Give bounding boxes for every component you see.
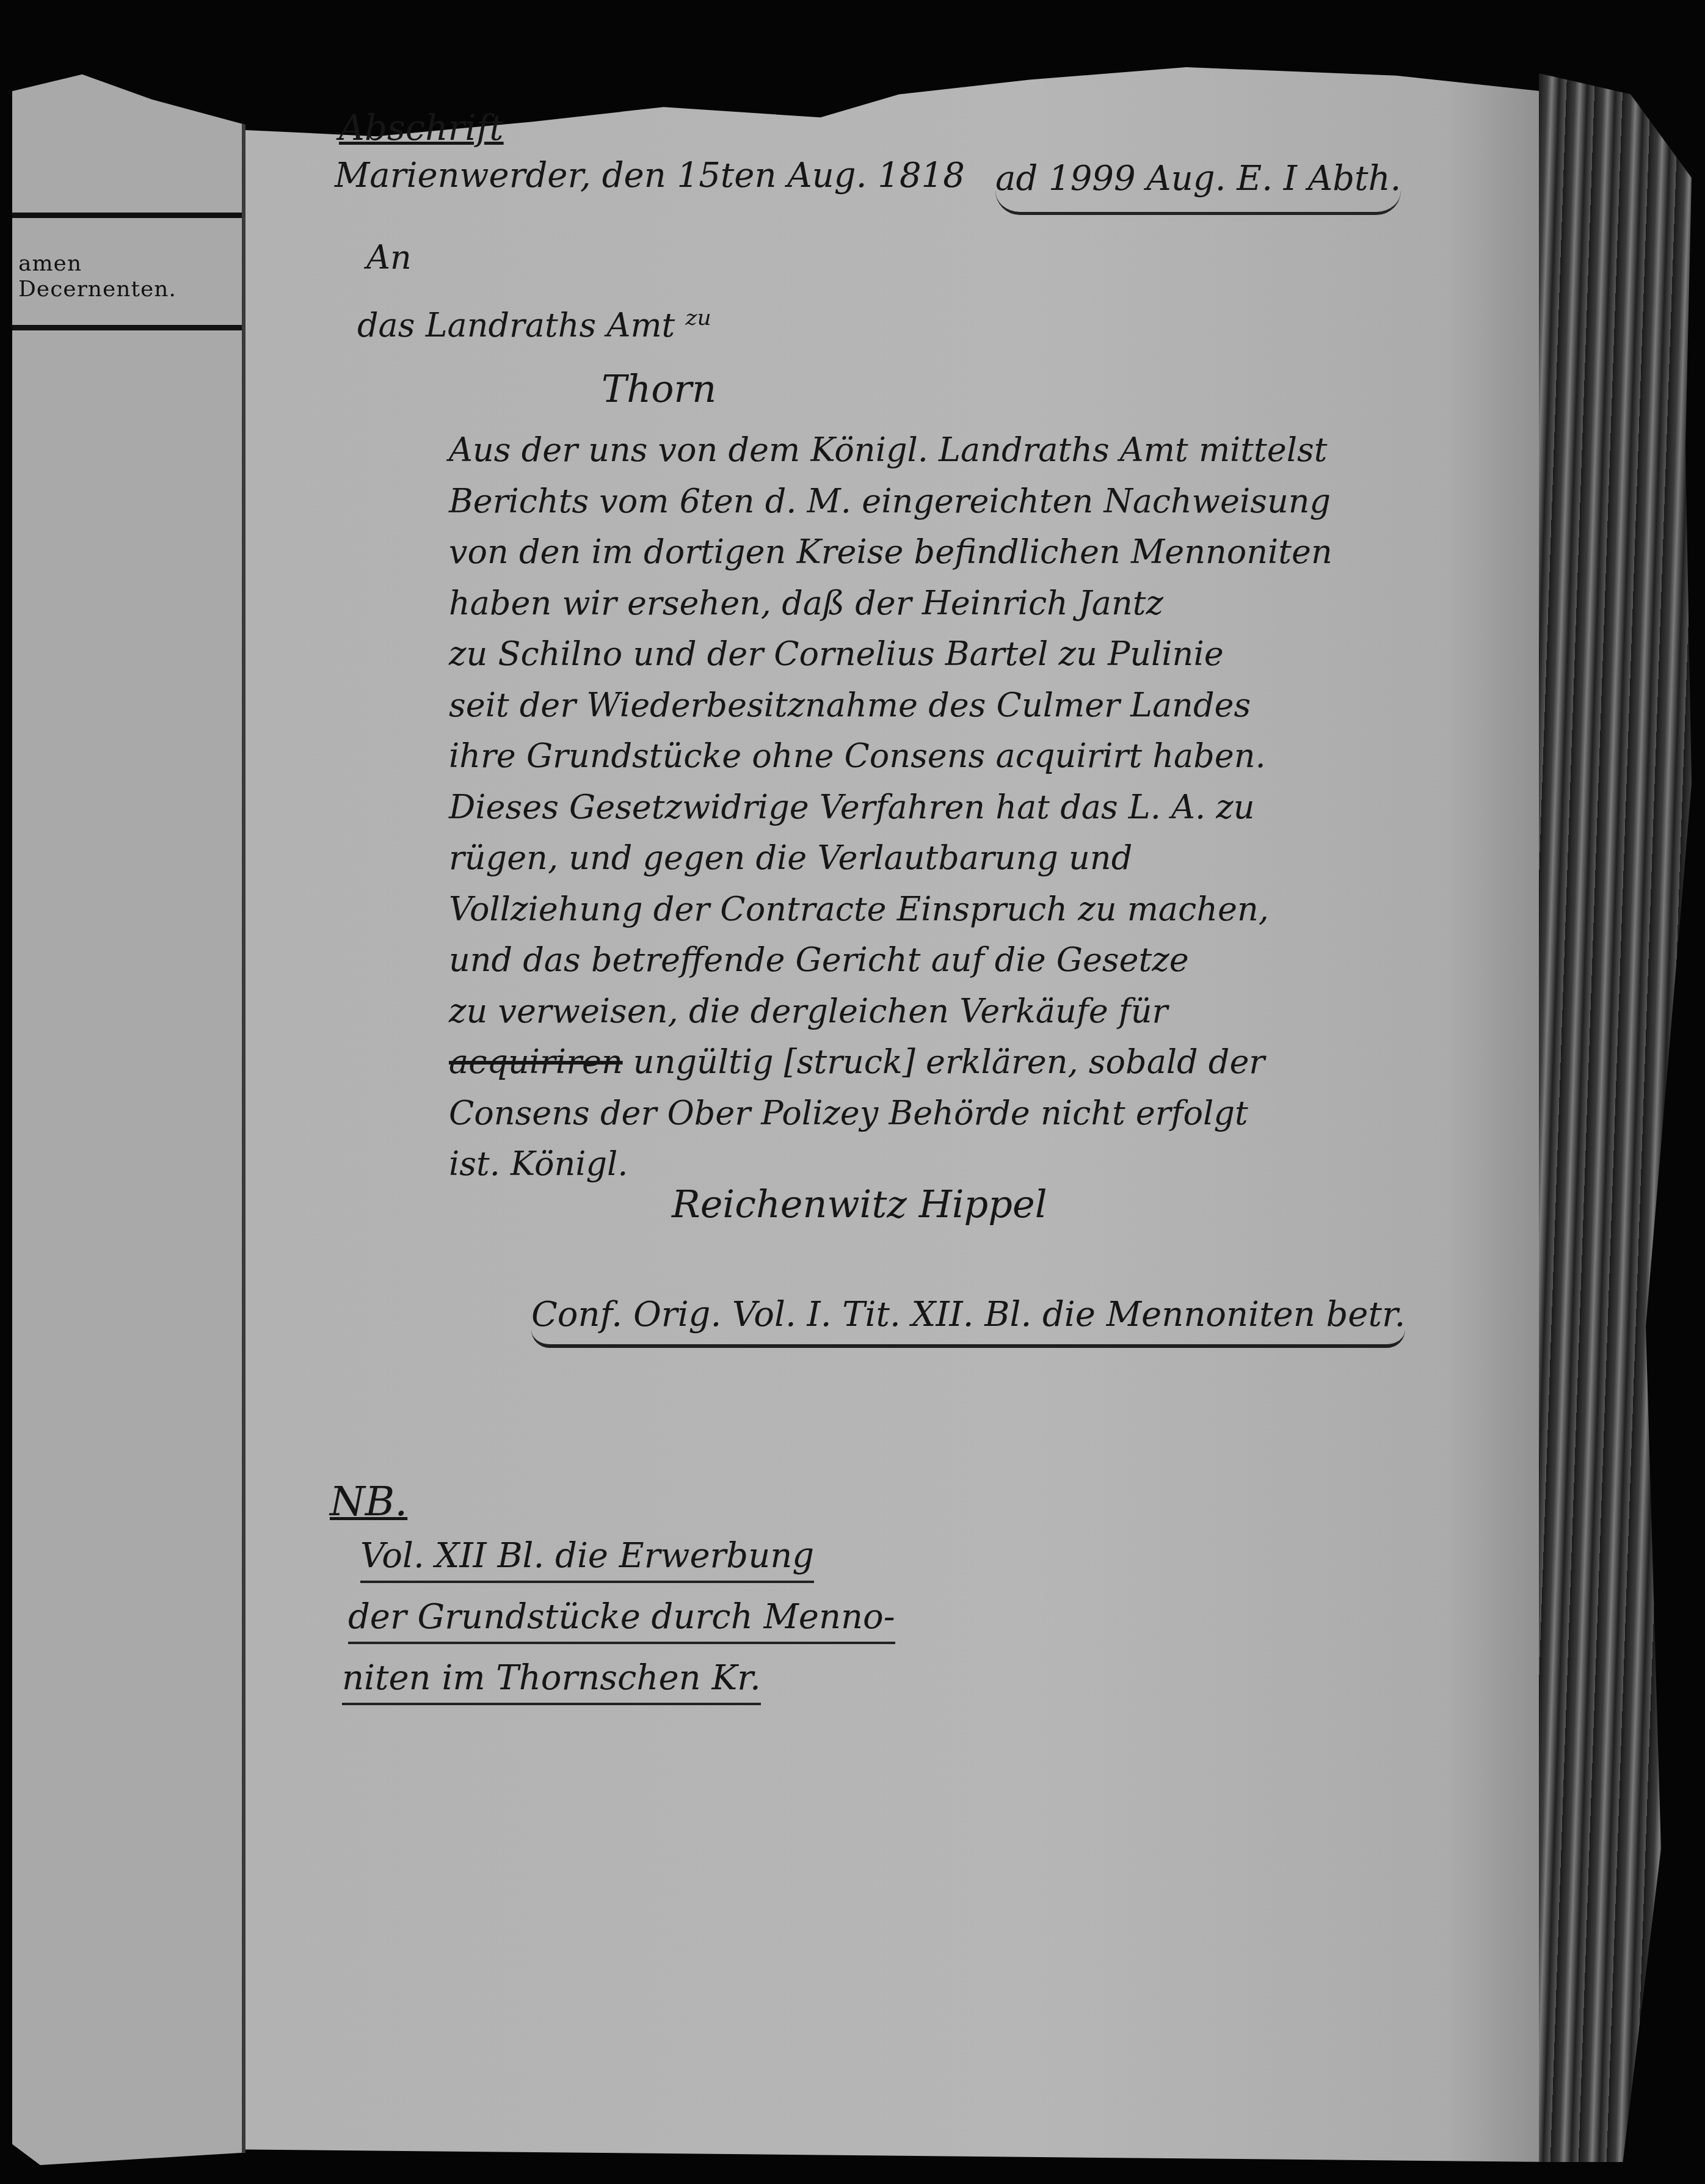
body-line: seit der Wiederbesitznahme des Culmer La… [449, 680, 1566, 731]
body-line: Dieses Gesetzwidrige Verfahren hat das L… [449, 782, 1566, 833]
addressee: das Landraths Amt zu [357, 305, 711, 344]
nota-bene-mark: NB. [330, 1478, 407, 1525]
body-line: ihre Grundstücke ohne Consens acquirirt … [449, 730, 1566, 782]
signature: Reichenwitz Hippel [672, 1182, 1047, 1226]
body-line: haben wir ersehen, daß der Heinrich Jant… [449, 578, 1566, 629]
body-line: und das betreffende Gericht auf die Gese… [449, 934, 1566, 986]
body-line: Berichts vom 6ten d. M. eingereichten Na… [449, 476, 1566, 527]
body-line: rügen, und gegen die Verlautbarung und [449, 832, 1566, 884]
form-label-decernenten: Decernenten. [18, 276, 176, 303]
struck-word: acquiriren [449, 1043, 623, 1081]
body-line: Consens der Ober Polizey Behörde nicht e… [449, 1088, 1566, 1139]
body-line: zu Schilno und der Cornelius Bartel zu P… [449, 628, 1566, 680]
body-line-with-strikethrough: acquiriren ungültig [struck] erklären, s… [449, 1036, 1566, 1088]
salutation: An [366, 238, 412, 277]
addressee-preposition: zu [685, 305, 711, 330]
nota-bene-line: niten im Thornschen Kr. [342, 1658, 761, 1705]
copy-conformity-note: Conf. Orig. Vol. I. Tit. XII. Bl. die Me… [531, 1295, 1405, 1348]
body-line: von den im dortigen Kreise befindlichen … [449, 526, 1566, 578]
nota-bene-line: Vol. XII Bl. die Erwerbung [360, 1536, 814, 1583]
document-title: Abschrift [339, 107, 504, 148]
body-line-text: ungültig [struck] erklären, sobald der [633, 1043, 1265, 1081]
nota-bene-line: der Grundstücke durch Menno- [348, 1597, 895, 1644]
dateline: Marienwerder, den 15ten Aug. 1818 [335, 156, 965, 195]
letter-body: Aus der uns von dem Königl. Landraths Am… [449, 424, 1566, 1190]
addressee-place: Thorn [602, 366, 716, 411]
body-line: Aus der uns von dem Königl. Landraths Am… [449, 424, 1566, 476]
body-line: zu verweisen, die dergleichen Verkäufe f… [449, 986, 1566, 1037]
addressee-office: das Landraths Amt [357, 306, 675, 344]
form-label-names: amen [18, 250, 82, 277]
body-line: Vollziehung der Contracte Einspruch zu m… [449, 884, 1566, 935]
left-page-strip [12, 70, 245, 2165]
reference-note: ad 1999 Aug. E. I Abth. [995, 159, 1401, 215]
form-rule-top [12, 213, 242, 218]
form-rule-bottom [12, 325, 242, 330]
